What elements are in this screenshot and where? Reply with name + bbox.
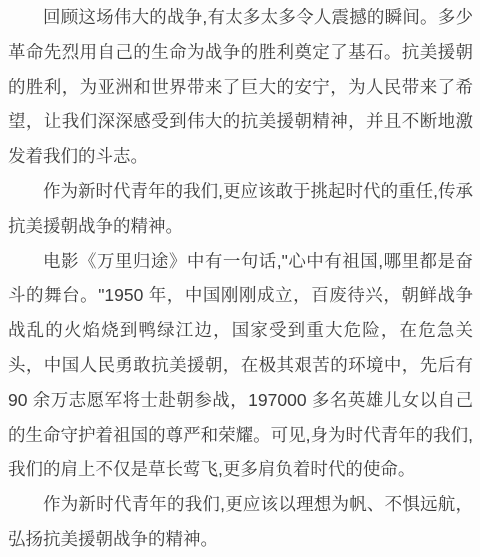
paragraph-movie-quote-history: 电影《万里归途》中有一句话,"心中有祖国,哪里都是奋斗的舞台。"1950 年，中… xyxy=(8,244,473,488)
paragraph-closing: 作为新时代青年的我们,更应该以理想为帆、不惧远航，弘扬抗美援朝战争的精神。 xyxy=(8,487,473,557)
paragraph-war-review: 回顾这场伟大的战争,有太多太多令人震撼的瞬间。多少革命先烈用自己的生命为战争的胜… xyxy=(8,0,473,174)
paragraph-youth-duty: 作为新时代青年的我们,更应该敢于挑起时代的重任,传承抗美援朝战争的精神。 xyxy=(8,174,473,244)
document-page: 回顾这场伟大的战争,有太多太多令人震撼的瞬间。多少革命先烈用自己的生命为战争的胜… xyxy=(0,0,480,557)
